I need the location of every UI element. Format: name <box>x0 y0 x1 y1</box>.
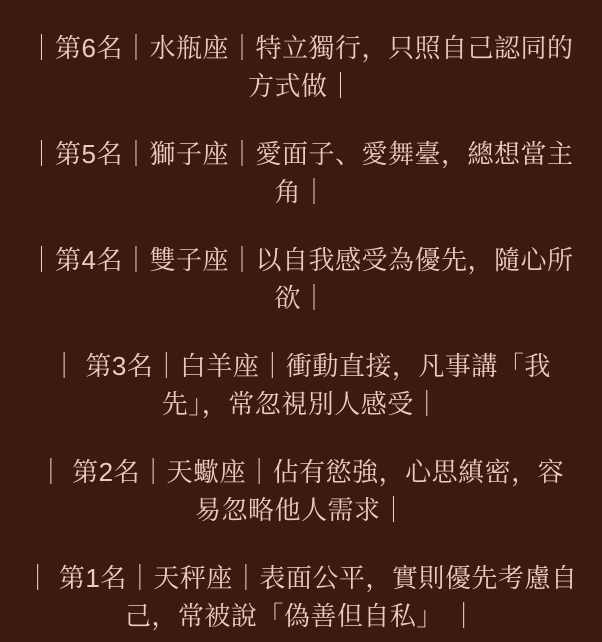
ranking-line: ｜第4名｜雙子座｜以自我感受為優先，隨心所 <box>0 241 602 279</box>
ranking-item-rank5-leo: ｜第5名｜獅子座｜愛面子、愛舞臺，總想當主 角｜ <box>0 135 602 211</box>
ranking-line: 方式做｜ <box>0 67 602 105</box>
zodiac-ranking-list: ｜第6名｜水瓶座｜特立獨行，只照自己認同的 方式做｜ ｜第5名｜獅子座｜愛面子、… <box>0 0 602 635</box>
ranking-item-rank1-libra: ｜ 第1名｜天秤座｜表面公平，實則優先考慮自 己，常被說「偽善但自私」 ｜ <box>0 559 602 635</box>
ranking-line: 角｜ <box>0 173 602 211</box>
ranking-line: 己，常被說「偽善但自私」 ｜ <box>0 597 602 635</box>
ranking-line: ｜ 第1名｜天秤座｜表面公平，實則優先考慮自 <box>0 559 602 597</box>
ranking-line: 易忽略他人需求｜ <box>0 491 602 529</box>
ranking-line: 欲｜ <box>0 279 602 317</box>
ranking-item-rank3-aries: ｜ 第3名｜白羊座｜衝動直接，凡事講「我 先」，常忽視別人感受｜ <box>0 347 602 423</box>
ranking-item-rank2-scorpio: ｜ 第2名｜天蠍座｜佔有慾強，心思縝密，容 易忽略他人需求｜ <box>0 453 602 529</box>
ranking-line: ｜ 第2名｜天蠍座｜佔有慾強，心思縝密，容 <box>0 453 602 491</box>
ranking-line: ｜第6名｜水瓶座｜特立獨行，只照自己認同的 <box>0 29 602 67</box>
ranking-line: 先」，常忽視別人感受｜ <box>0 385 602 423</box>
ranking-item-rank4-gemini: ｜第4名｜雙子座｜以自我感受為優先，隨心所 欲｜ <box>0 241 602 317</box>
ranking-line: ｜ 第3名｜白羊座｜衝動直接，凡事講「我 <box>0 347 602 385</box>
ranking-item-rank6-aquarius: ｜第6名｜水瓶座｜特立獨行，只照自己認同的 方式做｜ <box>0 29 602 105</box>
ranking-line: ｜第5名｜獅子座｜愛面子、愛舞臺，總想當主 <box>0 135 602 173</box>
